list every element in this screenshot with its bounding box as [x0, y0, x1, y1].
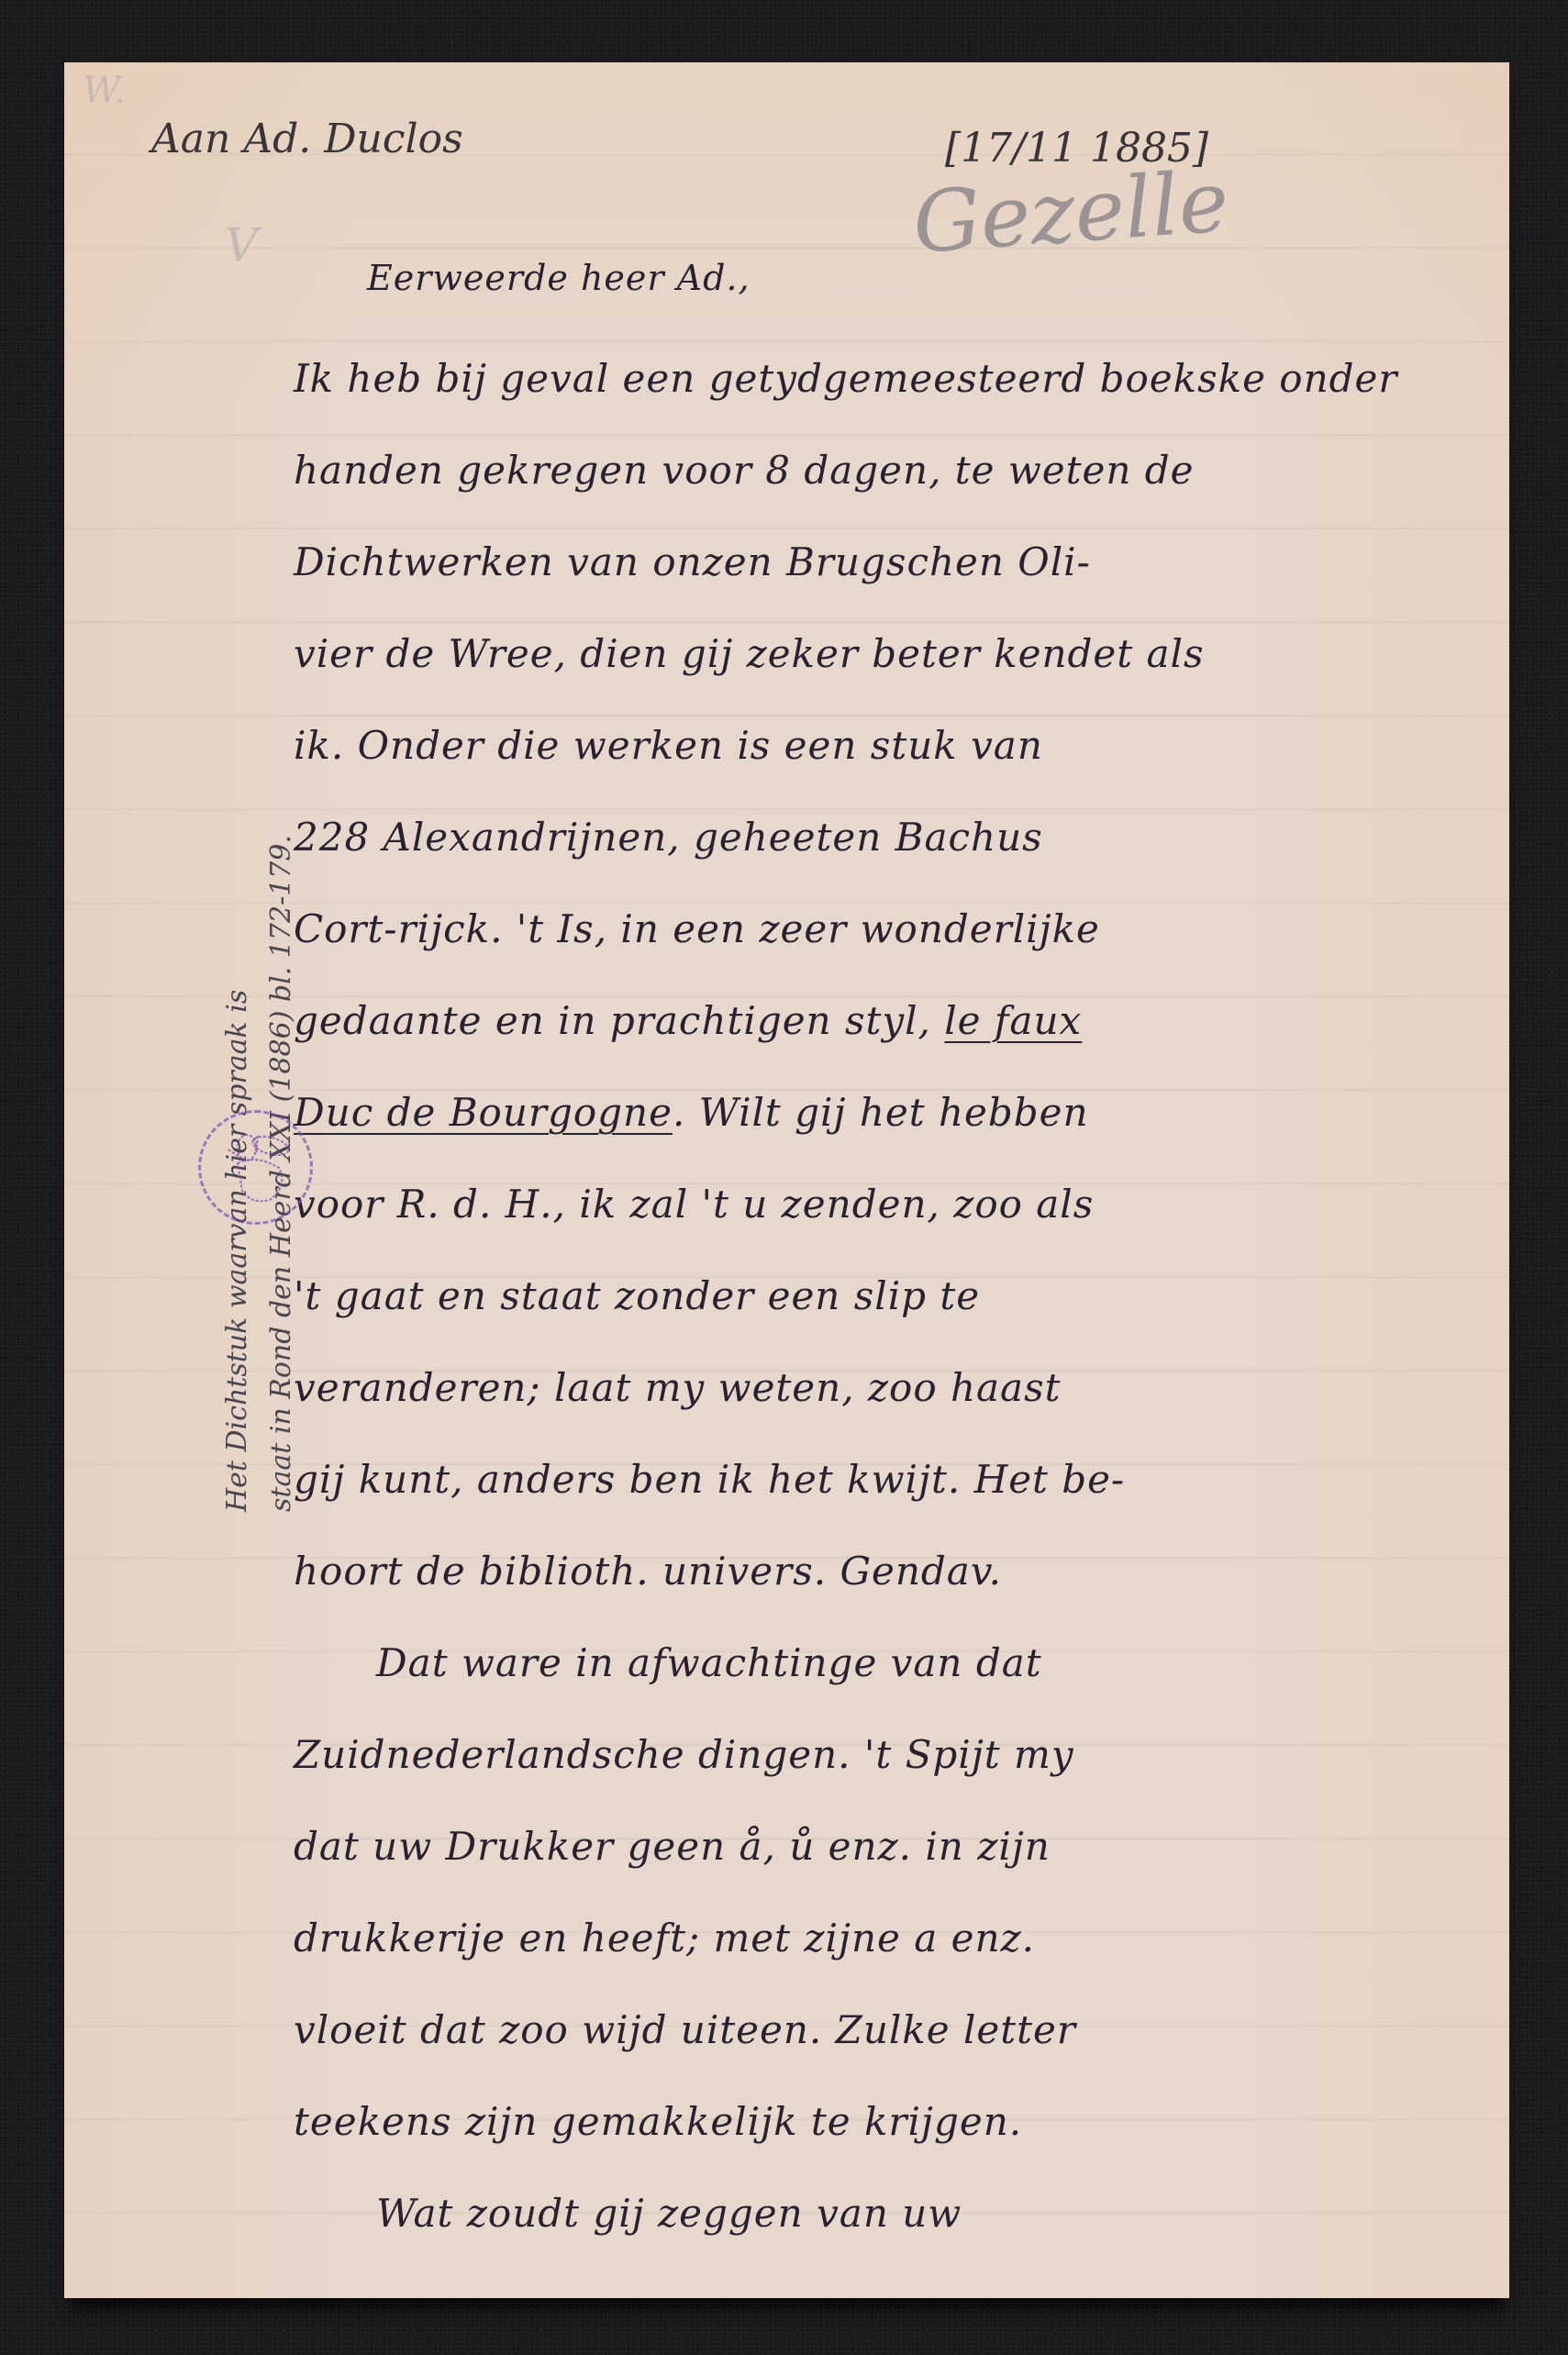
- body-line: vloeit dat zoo wijd uiteen. Zulke letter: [294, 1984, 1486, 2076]
- library-stamp: [198, 1110, 313, 1225]
- body-line: 228 Alexandrijnen, geheeten Bachus: [294, 792, 1486, 883]
- margin-note-line: staat in Rond den Heerd XXI (1886) bl. 1…: [260, 319, 304, 1512]
- body-line: hoort de biblioth. univers. Gendav.: [294, 1526, 1486, 1617]
- body-line: Ik heb bij geval een getydgemeesteerd bo…: [294, 333, 1486, 425]
- body-line: teekens zijn gemakkelijk te krijgen.: [294, 2076, 1486, 2168]
- body-line: voor R. d. H., ik zal 't u zenden, zoo a…: [294, 1159, 1486, 1250]
- underlined-phrase: Duc de Bourgogne: [294, 1090, 673, 1135]
- body-line: dat uw Drukker geen å, ů enz. in zijn: [294, 1801, 1486, 1893]
- body-line: gedaante en in prachtigen styl, le faux: [294, 975, 1486, 1067]
- body-line: 't gaat en staat zonder een slip te: [294, 1250, 1486, 1342]
- body-line: handen gekregen voor 8 dagen, te weten d…: [294, 425, 1486, 517]
- salutation: Eerweerde heer Ad.,: [294, 232, 1486, 333]
- body-line: Dat ware in afwachtinge van dat: [294, 1617, 1486, 1709]
- margin-note-line: Het Dichtstuk waarvan hier spraak is: [216, 319, 260, 1512]
- body-line: Dichtwerken van onzen Brugschen Oli-: [294, 517, 1486, 608]
- body-line: ik. Onder die werken is een stuk van: [294, 700, 1486, 792]
- bee-emblem-icon: [201, 1113, 311, 1223]
- pencil-mark: V: [225, 218, 258, 272]
- body-line: veranderen; laat my weten, zoo haast: [294, 1342, 1486, 1434]
- margin-note: Het Dichtstuk waarvan hier spraak is sta…: [216, 319, 304, 1512]
- body-line: Cort-rijck. 't Is, in een zeer wonderlij…: [294, 883, 1486, 975]
- letter-body: Eerweerde heer Ad., Ik heb bij geval een…: [294, 232, 1486, 2260]
- body-line: Duc de Bourgogne. Wilt gij het hebben: [294, 1067, 1486, 1159]
- pencil-mark: W.: [83, 70, 126, 112]
- body-line: gij kunt, anders ben ik het kwijt. Het b…: [294, 1434, 1486, 1526]
- body-line: Wat zoudt gij zeggen van uw: [294, 2168, 1486, 2260]
- body-line: vier de Wree, dien gij zeker beter kende…: [294, 608, 1486, 700]
- underlined-phrase: le faux: [944, 998, 1082, 1043]
- body-line: drukkerije en heeft; met zijne a enz.: [294, 1893, 1486, 1984]
- recipient-header: Aan Ad. Duclos: [151, 116, 463, 162]
- letter-page: W. V Aan Ad. Duclos [17/11 1885] Gezelle…: [64, 62, 1509, 2298]
- body-line: Zuidnederlandsche dingen. 't Spijt my: [294, 1709, 1486, 1801]
